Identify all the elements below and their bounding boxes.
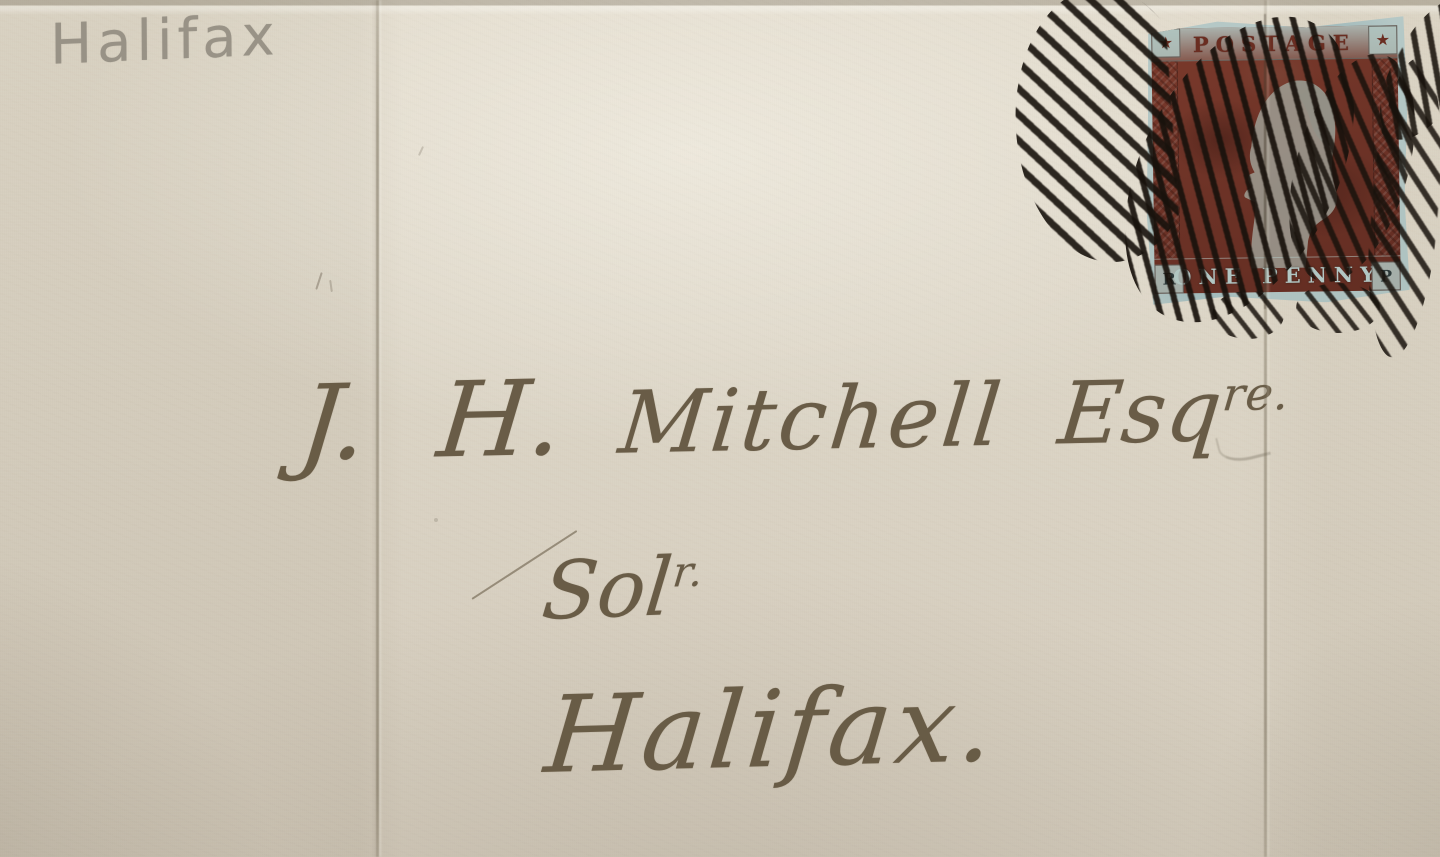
stamp-star-ornament-right-icon: ★ xyxy=(1368,25,1397,54)
paper-speck xyxy=(434,518,438,522)
occupation-base: Sol xyxy=(538,540,676,638)
recipient-title-base: Esq xyxy=(1054,361,1226,465)
recipient-initial-2: H. xyxy=(433,357,569,482)
address-line-occupation: Solr. xyxy=(538,539,707,638)
recipient-title-superscript: re. xyxy=(1220,366,1292,422)
occupation-superscript: r. xyxy=(670,546,706,596)
recipient-initial-1: J. xyxy=(294,361,373,485)
pencil-annotation: Halifax xyxy=(50,3,280,78)
address-line-recipient: J. H. Mitchell Esqre. xyxy=(294,342,1295,485)
address-line-destination: Halifax. xyxy=(540,662,1003,797)
recipient-surname: Mitchell xyxy=(615,366,1009,474)
